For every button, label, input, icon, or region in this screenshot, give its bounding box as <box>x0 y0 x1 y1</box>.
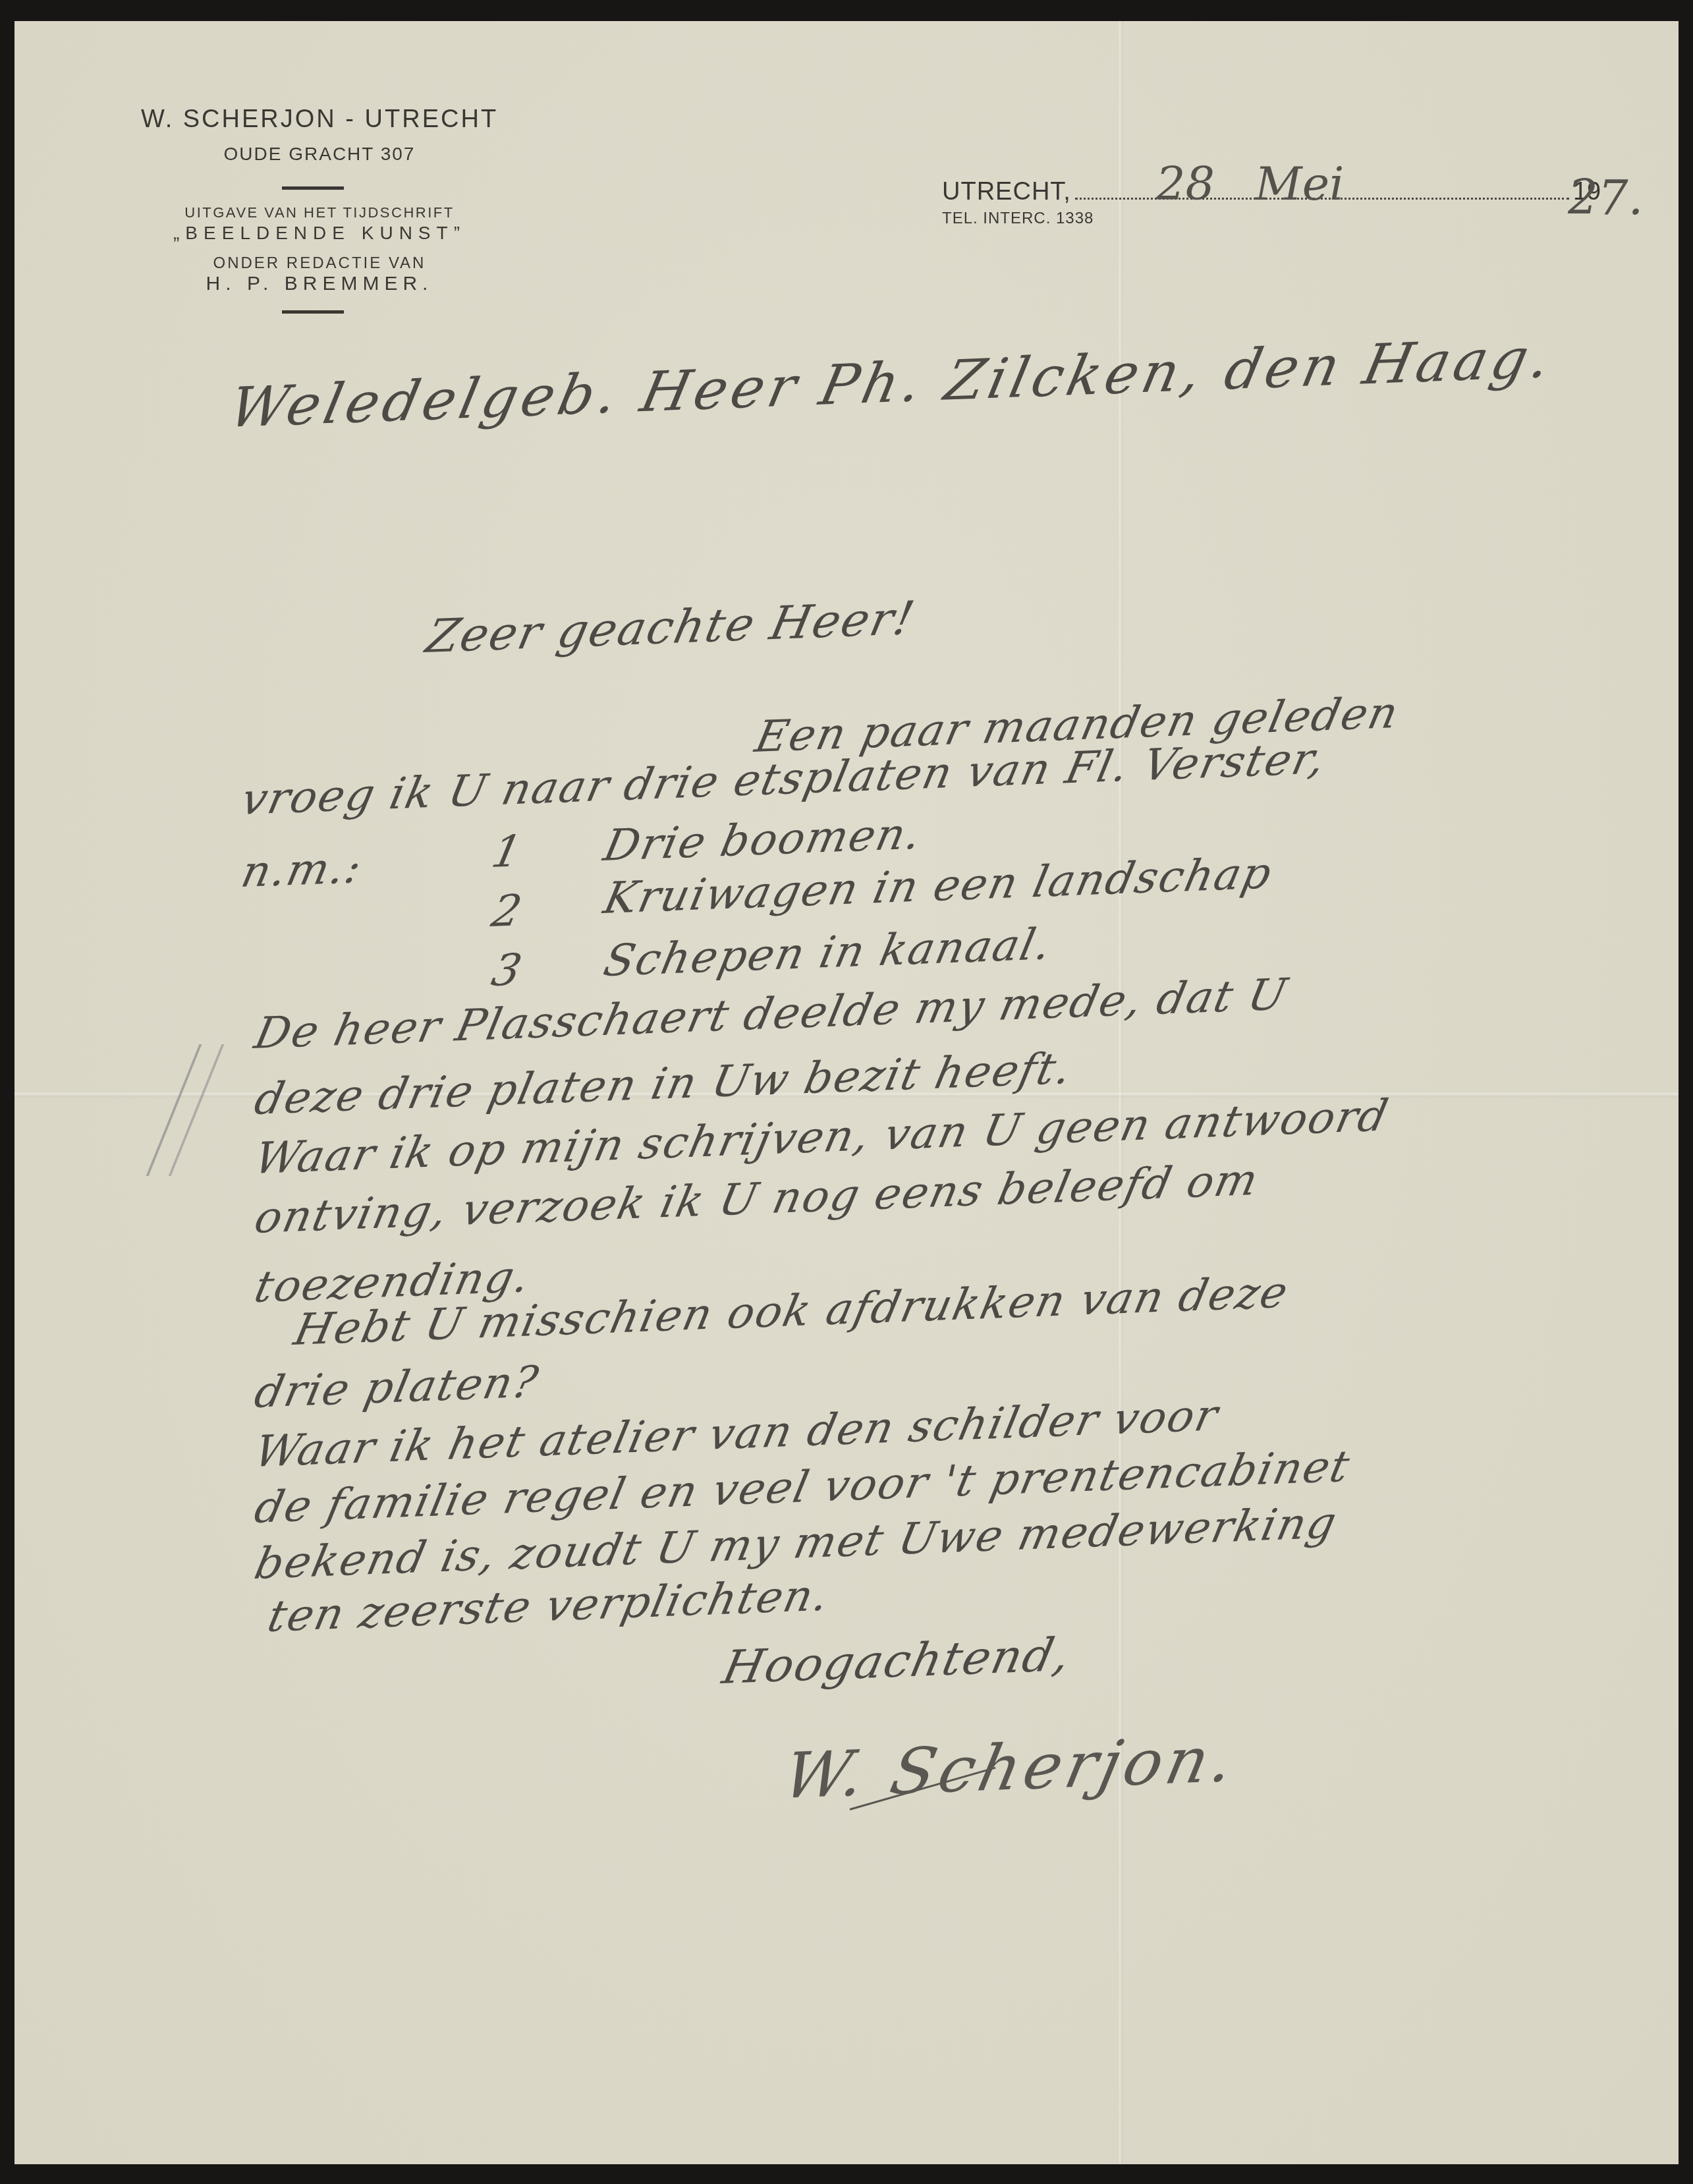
letterhead-address: OUDE GRACHT 307 <box>105 144 534 165</box>
telephone-number: TEL. INTERC. 1338 <box>942 210 1094 228</box>
letterhead-magazine: „BEELDENDE KUNST” <box>105 223 534 244</box>
handwritten-year: 27. <box>1568 170 1644 225</box>
handwritten-day: 28 <box>1156 157 1215 211</box>
handwritten-month: Mei <box>1255 157 1345 211</box>
letterhead-name: W. SCHERJON - UTRECHT <box>105 105 534 134</box>
letterhead-publisher-line: UITGAVE VAN HET TIJDSCHRIFT <box>105 204 534 221</box>
dateline-city: UTRECHT, <box>942 178 1071 206</box>
letterhead-divider <box>282 310 344 314</box>
letterhead-editor-line: ONDER REDACTIE VAN <box>105 254 534 273</box>
body-line: n.m.: <box>237 842 367 897</box>
letterhead-divider <box>282 186 344 190</box>
letterhead-editor: H. P. BREMMER. <box>105 273 534 295</box>
